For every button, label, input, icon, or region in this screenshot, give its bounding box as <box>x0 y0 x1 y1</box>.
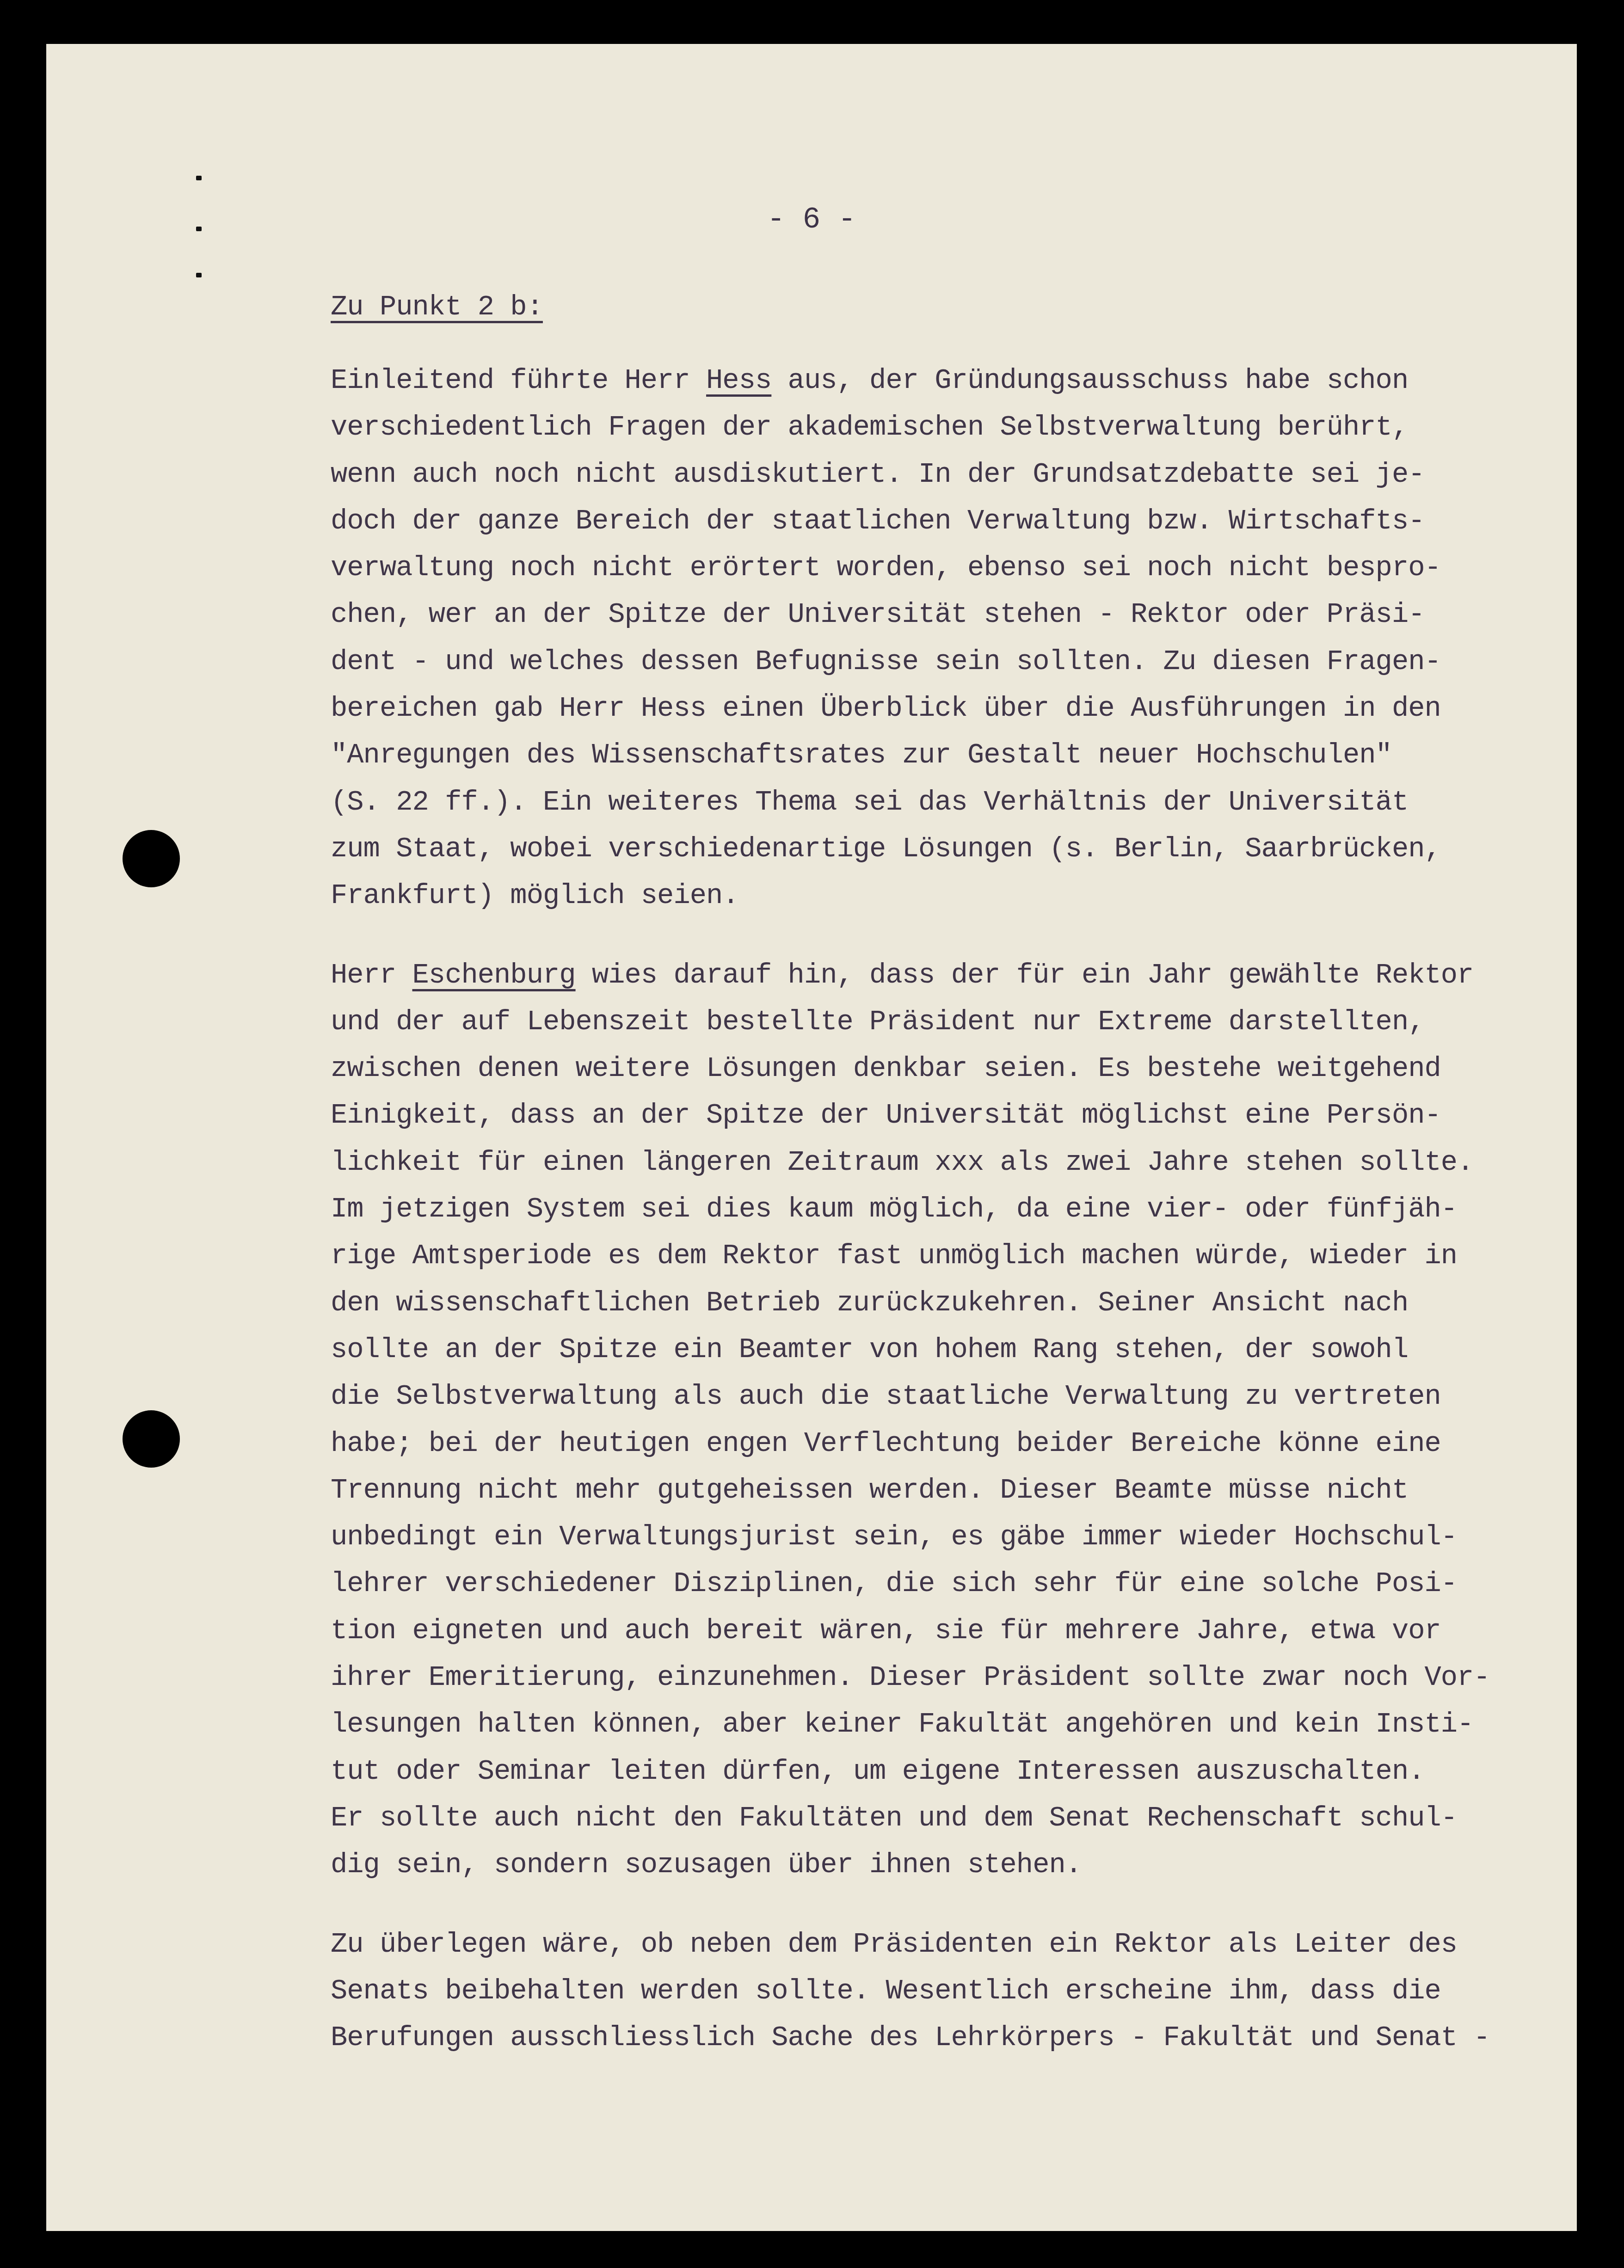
text-line: zwischen denen weitere Lösungen denkbar … <box>331 1046 1624 1093</box>
text-line: verwaltung noch nicht erörtert worden, e… <box>331 545 1624 592</box>
text-line: dent - und welches dessen Befugnisse sei… <box>331 639 1624 686</box>
text-line: zum Staat, wobei verschiedenartige Lösun… <box>331 826 1624 873</box>
section-heading: Zu Punkt 2 b: <box>331 284 1624 331</box>
text-line: dig sein, sondern sozusagen über ihnen s… <box>331 1842 1624 1889</box>
text-line: lesungen halten können, aber keiner Faku… <box>331 1702 1624 1748</box>
document-page: - 6 - Zu Punkt 2 b: Einleitend führte He… <box>46 44 1577 2231</box>
underlined-name: Hess <box>706 365 771 397</box>
paragraph: Herr Eschenburg wies darauf hin, dass de… <box>331 953 1624 1889</box>
page-number: - 6 - <box>46 203 1577 237</box>
text-line: sollte an der Spitze ein Beamter von hoh… <box>331 1327 1624 1374</box>
text-line: Zu überlegen wäre, ob neben dem Präsiden… <box>331 1922 1624 1968</box>
text-line: chen, wer an der Spitze der Universität … <box>331 592 1624 639</box>
paragraphs: Einleitend führte Herr Hess aus, der Grü… <box>331 358 1624 2062</box>
text-line: Senats beibehalten werden sollte. Wesent… <box>331 1968 1624 2015</box>
margin-mark <box>196 176 202 180</box>
punch-hole <box>123 830 180 887</box>
text-line: den wissenschaftlichen Betrieb zurückzuk… <box>331 1280 1624 1327</box>
text-line: (S. 22 ff.). Ein weiteres Thema sei das … <box>331 780 1624 826</box>
text-line: Trennung nicht mehr gutgeheissen werden.… <box>331 1468 1624 1514</box>
text-line: tion eigneten und auch bereit wären, sie… <box>331 1608 1624 1655</box>
text-line: unbedingt ein Verwaltungsjurist sein, es… <box>331 1514 1624 1561</box>
text-line: lichkeit für einen längeren Zeitraum xxx… <box>331 1140 1624 1186</box>
text-line: Einigkeit, dass an der Spitze der Univer… <box>331 1093 1624 1139</box>
paragraph: Zu überlegen wäre, ob neben dem Präsiden… <box>331 1922 1624 2062</box>
margin-mark <box>196 273 202 277</box>
text-line: Herr Eschenburg wies darauf hin, dass de… <box>331 953 1624 999</box>
text-line: lehrer verschiedener Disziplinen, die si… <box>331 1561 1624 1608</box>
text-line: doch der ganze Bereich der staatlichen V… <box>331 498 1624 545</box>
text-line: wenn auch noch nicht ausdiskutiert. In d… <box>331 452 1624 498</box>
document-body: Zu Punkt 2 b: Einleitend führte Herr Hes… <box>331 284 1624 2094</box>
text-line: "Anregungen des Wissenschaftsrates zur G… <box>331 732 1624 779</box>
text-line: Im jetzigen System sei dies kaum möglich… <box>331 1186 1624 1233</box>
text-line: verschiedentlich Fragen der akademischen… <box>331 405 1624 451</box>
text-line: und der auf Lebenszeit bestellte Präside… <box>331 999 1624 1046</box>
punch-hole <box>123 1410 180 1468</box>
text-line: habe; bei der heutigen engen Verflechtun… <box>331 1421 1624 1468</box>
underlined-name: Eschenburg <box>412 960 576 991</box>
text-line: bereichen gab Herr Hess einen Überblick … <box>331 686 1624 732</box>
text-line: rige Amtsperiode es dem Rektor fast unmö… <box>331 1233 1624 1280</box>
text-line: Berufungen ausschliesslich Sache des Leh… <box>331 2015 1624 2062</box>
text-line: Frankfurt) möglich seien. <box>331 873 1624 920</box>
text-line: ihrer Emeritierung, einzunehmen. Dieser … <box>331 1655 1624 1702</box>
text-line: Einleitend führte Herr Hess aus, der Grü… <box>331 358 1624 405</box>
text-line: tut oder Seminar leiten dürfen, um eigen… <box>331 1749 1624 1795</box>
paragraph: Einleitend führte Herr Hess aus, der Grü… <box>331 358 1624 920</box>
text-line: Er sollte auch nicht den Fakultäten und … <box>331 1795 1624 1842</box>
text-line: die Selbstverwaltung als auch die staatl… <box>331 1374 1624 1420</box>
